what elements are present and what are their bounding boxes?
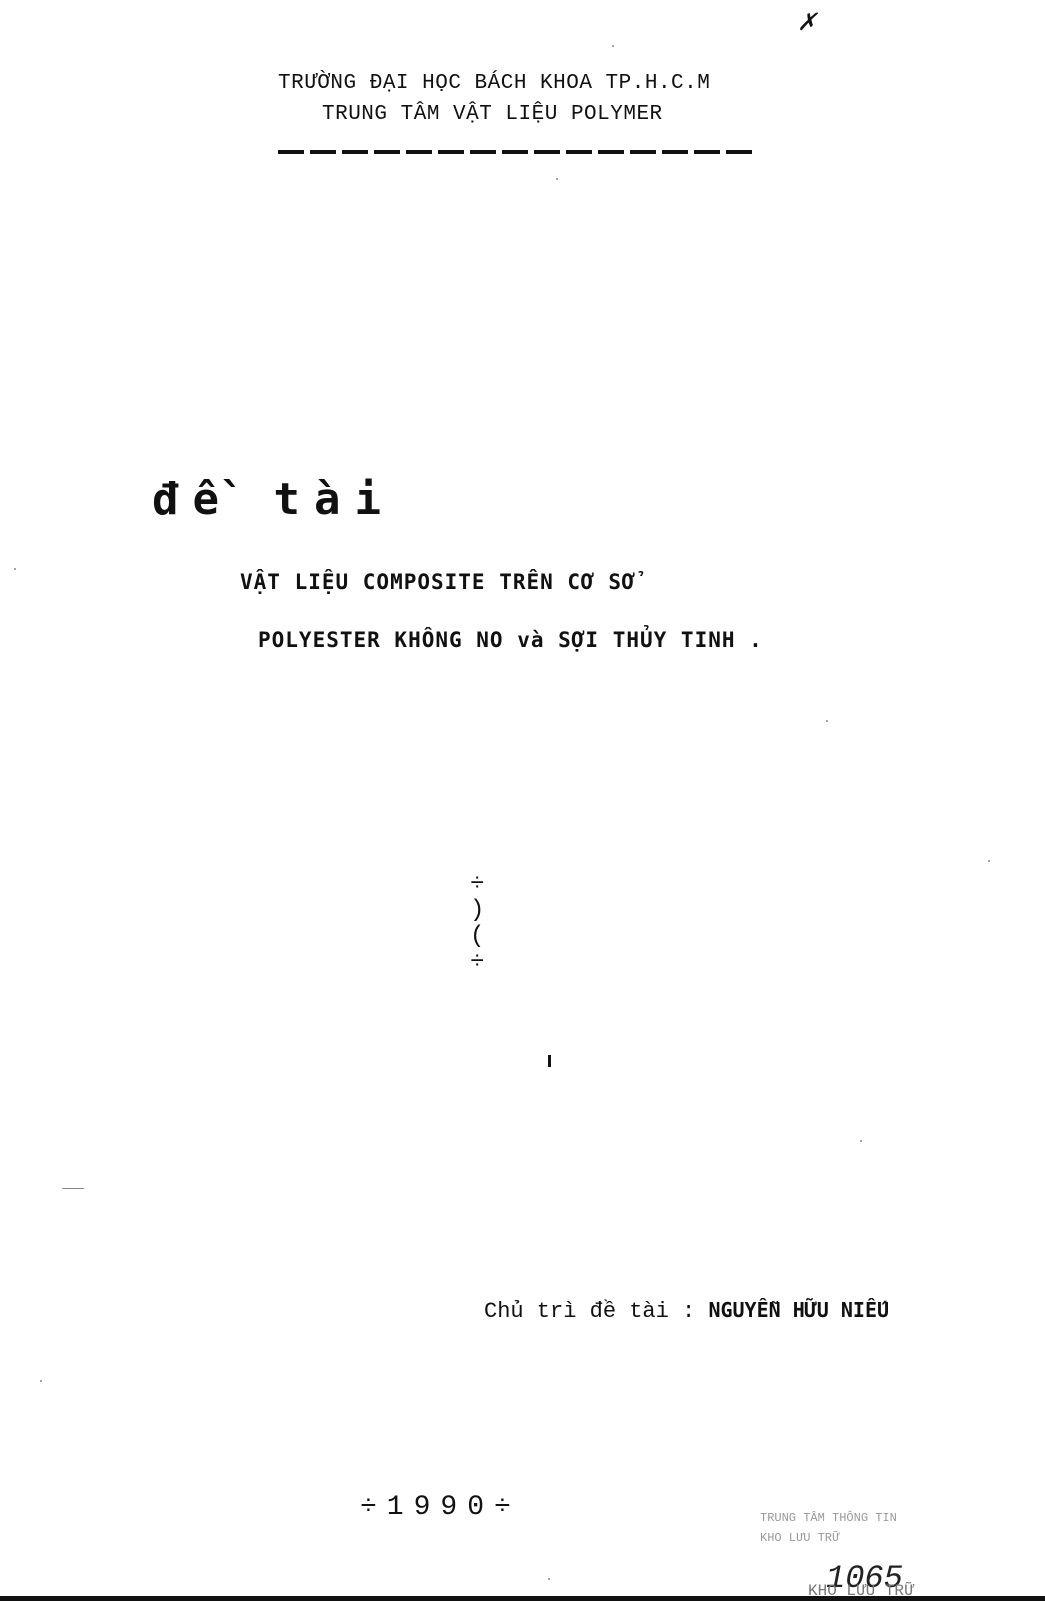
stamp-line: KHO LƯU TRỮ xyxy=(760,1528,897,1548)
scan-speck xyxy=(14,568,16,570)
scan-speck xyxy=(612,45,614,47)
scan-speck xyxy=(826,720,828,722)
scan-speck xyxy=(548,1578,550,1580)
chair-label: Chủ trì đề tài : xyxy=(484,1299,695,1324)
tick-mark xyxy=(548,1055,551,1067)
title-line-2: POLYESTER KHÔNG NO và SỢI THỦY TINH . xyxy=(258,628,763,652)
scan-speck xyxy=(556,178,558,180)
topic-label: đề tài xyxy=(152,474,395,525)
scan-border xyxy=(0,1596,1045,1601)
ornament-glyph: ) xyxy=(470,898,484,924)
archive-stamp: TRUNG TÂM THÔNG TIN KHO LƯU TRỮ xyxy=(760,1508,897,1548)
handwritten-mark: ✗ xyxy=(797,8,817,38)
scan-speck xyxy=(40,1380,42,1382)
year: ÷1990÷ xyxy=(360,1492,521,1523)
chair-name: NGUYỄN HỮU NIẾU xyxy=(708,1298,889,1322)
ornament-glyph: ÷ xyxy=(470,950,484,976)
stamp-line: TRUNG TÂM THÔNG TIN xyxy=(760,1508,897,1528)
ornament-mark: ÷ ) ( ÷ xyxy=(470,872,484,976)
scan-speck xyxy=(860,1140,862,1142)
center-name: TRUNG TÂM VẬT LIỆU POLYMER xyxy=(322,103,663,126)
ornament-glyph: ( xyxy=(470,924,484,950)
scan-speck xyxy=(62,1188,84,1189)
dashed-divider xyxy=(278,150,758,154)
institution-name: TRƯỜNG ĐẠI HỌC BÁCH KHOA TP.H.C.M xyxy=(278,72,710,95)
ornament-glyph: ÷ xyxy=(470,872,484,898)
scan-speck xyxy=(988,860,990,862)
title-line-1: VẬT LIỆU COMPOSITE TRÊN CƠ SỞ xyxy=(240,570,636,594)
project-chair: Chủ trì đề tài : NGUYỄN HỮU NIẾU xyxy=(484,1298,889,1324)
